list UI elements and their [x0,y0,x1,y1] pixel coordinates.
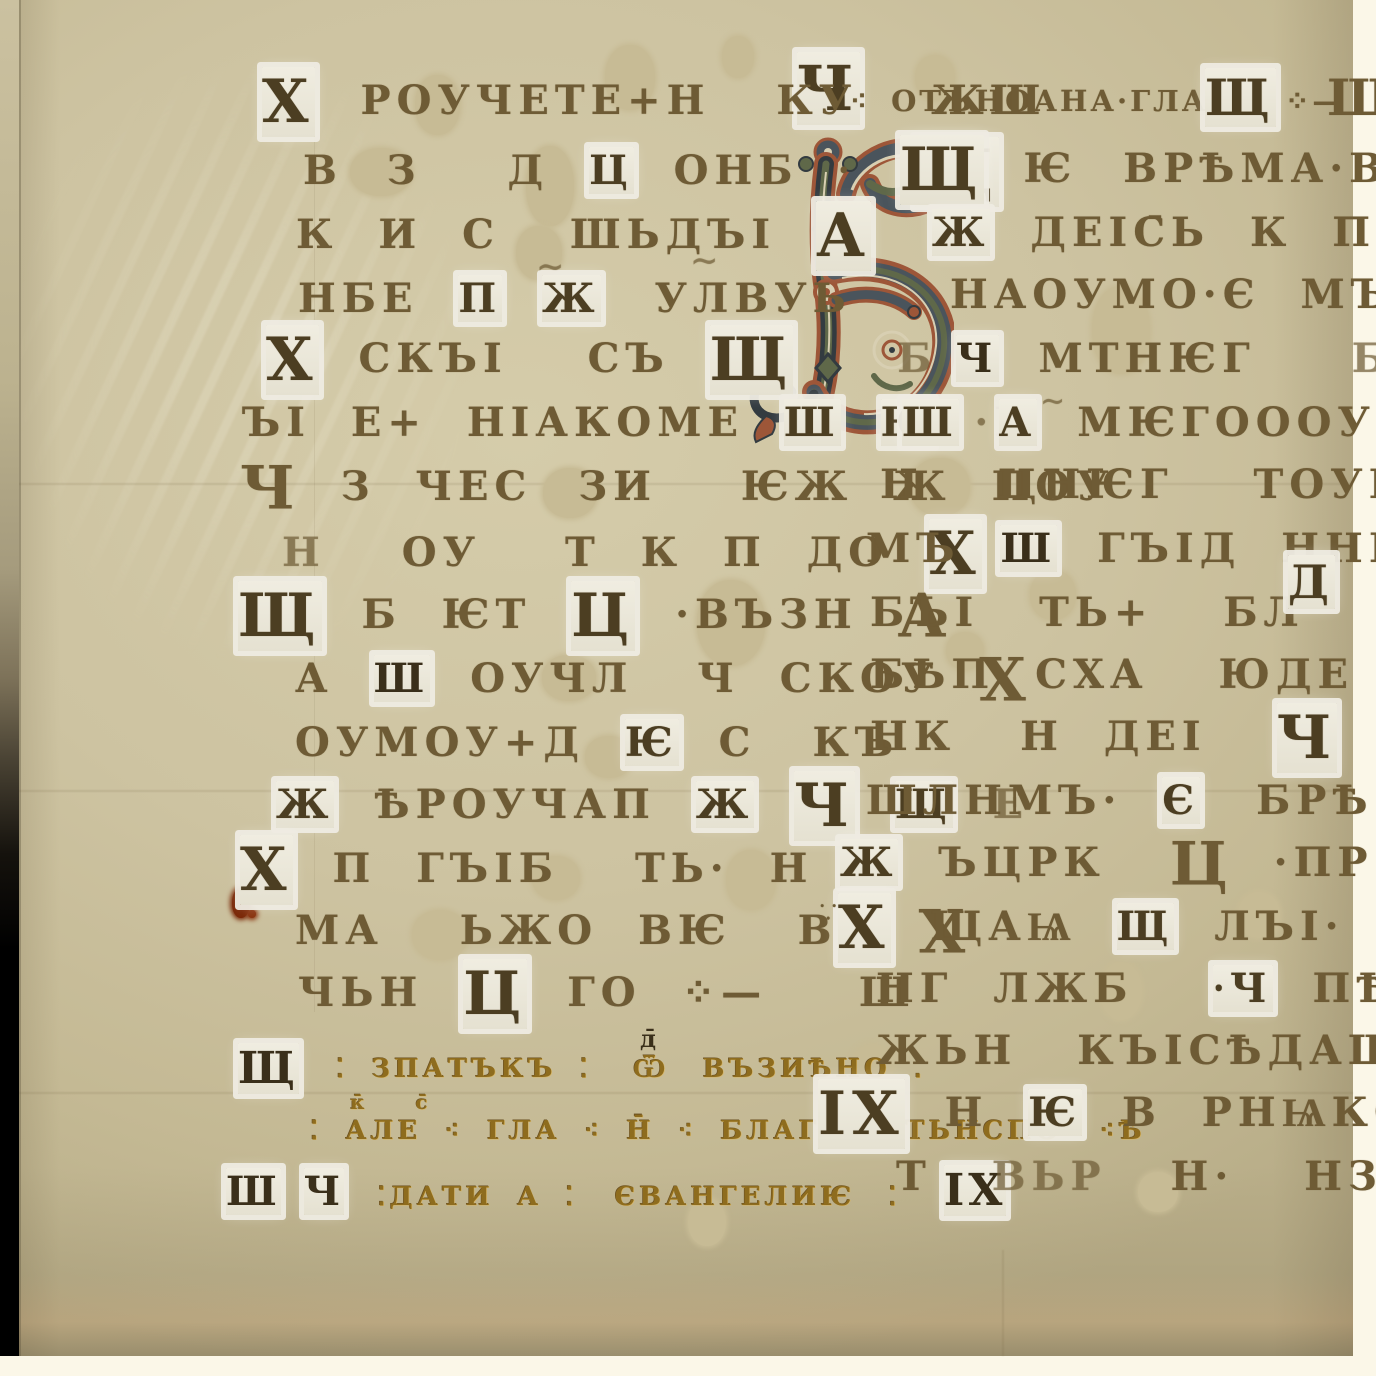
text-line: Х ЩАѨ Щ ЛЪІ· ОВЬЦА [838,906,1376,948]
text-segment: НЗГЪ [1304,1153,1376,1200]
text-segment: А [999,399,1038,446]
gap [641,311,655,312]
header-margin-letters: Щ Ш [1205,72,1376,125]
text-segment: д̄ [640,1024,662,1053]
text-segment: ЬЖО [460,907,598,954]
text-segment: ⁚ДАТИ [377,1182,493,1212]
gap [807,1005,859,1006]
text-segment: ЮДЕ [1219,651,1355,698]
text-line: ЧЬН Ц ГО ⁘— Ш [298,972,916,1014]
text-segment: Ж [696,781,754,828]
text-segment: СЪ [588,335,670,382]
text-segment: Ц [1170,829,1234,899]
text-segment: П [333,845,377,892]
gap [1214,497,1254,498]
text-segment: СКЪІ [359,335,508,382]
superscript-letter: д̄ [640,1026,662,1051]
gap [1193,625,1223,626]
text-segment: Є [1162,777,1200,824]
gap [964,497,998,498]
text-segment: ЦНѤГ [998,461,1174,508]
text-segment: А [816,201,871,271]
text-segment: КУ [776,77,857,124]
text-line: Ж ДЕІС̄Ь К ПЕР [932,212,1376,254]
text-segment: ГЛА [487,1116,561,1146]
gap [424,943,460,944]
text-segment: МѤГОООУЧ [1077,399,1376,446]
text-segment: ⸱ [838,147,855,194]
text-segment: ЪІ [242,399,311,446]
text-segment: ∼ [536,247,571,287]
text-segment: Ш [374,655,431,702]
text-segment: Б [362,591,402,638]
text-segment: ШЛНМЪ· [866,777,1122,824]
gap [673,691,697,692]
text-segment: Ц [589,147,634,194]
text-segment: З [341,463,376,510]
gap [750,113,776,114]
text-segment: Д [508,147,550,194]
text-segment: ТОУНЕ [1254,461,1376,508]
breath-mark: ∼ [536,250,571,286]
text-segment: БЪІ [870,589,979,636]
text-line: НБЕ П Ж УЛВУЬ [298,278,852,320]
text-segment: ѤТ [442,591,532,638]
text-segment: Ш [902,399,959,446]
gap [1240,813,1256,814]
text-segment: П [458,275,502,322]
text-segment: Х [240,835,293,905]
text-segment: Ч [240,453,301,523]
text-segment: Щ [238,1043,299,1094]
gap [1345,625,1376,626]
text-segment: Ѿ [633,1054,670,1084]
gap [772,943,798,944]
text-segment: ⁚ [565,1182,577,1212]
gap [322,1076,336,1077]
text-line: Ч МТНѤГ БР [956,338,1376,380]
text-segment: Щ [1117,903,1175,950]
text-segment: ЪЦРК [938,839,1105,886]
text-line: БѢП СХА ЮДЕ Ш КЕ [870,654,1376,696]
text-segment: Х [262,67,315,137]
text-line: Х РОУЧЕТЕ+Н КУ ЖШ [262,80,1046,122]
gap [1296,371,1352,372]
margin-dots: ⸪ [820,902,842,923]
text-segment: НК [870,713,956,760]
text-segment: УЛВУЬ [655,275,852,322]
gap [366,565,402,566]
text-segment: ОУ [402,529,481,576]
text-segment: Е+ [351,399,427,446]
text-line: ОУМОУ+Д Ѥ С КЪ [295,722,899,764]
gap [996,749,1020,750]
text-segment: МА [295,907,384,954]
text-segment: Т [565,529,601,576]
text-segment: ВЬР [992,1153,1107,1200]
gap [697,499,741,500]
titlo-letters: к̄ с̄ [350,1092,432,1113]
text-segment: к̄ [350,1090,368,1114]
gap [796,755,812,756]
margin-letter: Д [1288,558,1335,606]
text-segment: БѢП [870,651,995,698]
text-segment: ГЪІБ [416,845,559,892]
gap [462,183,508,184]
breath-mark: ∼ [690,244,725,280]
text-segment: ѤЖ [741,463,853,510]
text-segment: ⸪ [820,900,842,924]
text-segment: ЗИ [578,463,657,510]
text-segment: А [517,1182,542,1212]
text-segment: ОУМОУ+Д [295,719,585,766]
text-segment: ОУЧЛ [470,655,633,702]
gap [1189,687,1219,688]
text-segment: ЖЬН [876,1027,1017,1074]
text-line: Щ Б ѤТ Ц ·ВЪЗН А [238,594,953,636]
text-segment: ІХ [818,1079,905,1149]
text-line: Х П ГЪІБ ТЬ· Н [240,848,813,890]
text-line: НАОУМО·Є МЪ Ч [950,274,1376,316]
gap [924,1204,944,1205]
text-segment: Ѥ [625,719,679,766]
text-line: В З Д Ц ОНБ ⸱ Щ [303,150,999,192]
text-segment: Х [838,893,891,963]
text-line: Ш А МѤГОООУЧ Ж [902,402,1376,444]
text-segment: С [462,211,500,258]
text-segment: ПЕР [1332,209,1376,256]
text-segment: НІАКОМЕ [467,399,744,446]
text-segment: Ж [276,781,334,828]
gap [1086,1138,1100,1139]
text-segment: ⁖ [584,1116,603,1146]
text-segment: ЗПАТЪКЪ [371,1054,556,1084]
text-segment: ⁚ [336,1054,348,1084]
text-segment: Н̄ [626,1116,655,1146]
text-segment: ЖШ [931,77,1046,124]
gap [615,1076,633,1077]
text-segment: ⁖ [678,1116,697,1146]
gap [897,113,931,114]
gap [367,1204,377,1205]
text-segment: ЄВАНГЕЛИѤ [615,1182,856,1212]
text-line: ЖЬН КЪІСѢДАША+ [876,1030,1376,1072]
gap [548,371,588,372]
text-segment: ЧЕС [416,463,533,510]
text-segment: ⁚ [310,1116,322,1146]
text-segment: БРѢ [1256,777,1373,824]
text-segment: с̄ [415,1090,431,1114]
text-line: ІХ Н Ѥ В РНѨКОБНЧ Ж [818,1092,1376,1134]
text-segment: Ч [794,771,855,841]
text-segment: ГО [567,969,641,1016]
text-segment: Ж [840,839,898,886]
binding-gutter [0,0,19,1356]
text-segment: Ш [1000,525,1057,572]
breath-mark: ∼ [1040,386,1071,418]
text-layer: Ч ⁖ ОТЪНОАНА·ГЛА·К̄· ⁘— Щ Ш Х РОУЧЕТЕ+Н … [0,0,1376,1376]
text-segment: Ѥ [1024,145,1078,192]
gap [1173,1001,1213,1002]
text-segment: Ч [304,1168,345,1215]
text-segment: Ч [956,335,999,382]
gap [692,1076,702,1077]
text-segment: Д [1288,555,1335,609]
text-segment: К [296,211,338,258]
text-line: ШЛНМЪ· Є БРѢ [866,780,1374,822]
text-segment: Б [897,335,937,382]
text-segment: ТЬ· [635,845,730,892]
text-segment: К [641,529,683,576]
text-segment: ДЕІС̄Ь [1030,209,1210,256]
text-segment: А [295,655,334,702]
text-segment: ѢРОУЧАП [374,781,655,828]
text-segment: ВѤ [638,907,732,954]
gap [1146,875,1170,876]
text-segment: ПѢНА [1313,965,1376,1012]
text-segment: Х [266,325,319,395]
text-segment: ВРѢМА·ВЪІ [1123,145,1376,192]
text-segment: ОНБ [674,147,799,194]
text-segment: ·ПР [1274,839,1374,886]
gap [599,881,635,882]
text-segment: Ч [697,655,740,702]
text-segment: В [1122,1089,1162,1136]
gap [1247,749,1277,750]
gap [1057,1063,1077,1064]
text-segment: КЪІСѢДАША+ [1077,1027,1376,1074]
text-segment: Т [896,1153,932,1200]
text-segment: Щ [1205,68,1276,127]
text-segment: РНѨКОБНЧ [1202,1089,1376,1136]
gap [389,1108,415,1109]
text-segment: ЛЖБ [993,965,1133,1012]
text-segment: В [303,147,343,194]
text-segment: Ц [463,959,527,1029]
text-line: К И С ШЬДЪІ А [296,214,871,256]
text-segment: Н [1020,713,1064,760]
text-segment: РОУЧЕТЕ+Н [361,77,711,124]
text-segment: ЧЬН [298,969,423,1016]
text-segment: Н· [1171,1153,1235,1200]
text-segment: И [378,211,422,258]
text-segment: Ѥ [1028,1089,1082,1136]
text-segment: МЪ [866,525,961,572]
text-segment: Ц [571,581,635,651]
text-segment: ⁖ [444,1116,463,1146]
text-line: Щ Ѥ ВРѢМА·ВЪІ Х [900,148,1376,190]
text-segment: ДЕІ [1104,713,1207,760]
text-segment: Ш [226,1168,281,1215]
text-segment: МЪ [1300,271,1376,318]
text-segment: Ч [1277,703,1338,773]
text-line: Х СКЪІ СЪ Щ Б [266,338,937,380]
page-edge-line [19,0,21,1356]
gap [521,565,565,566]
text-segment: ЩАѨ [931,903,1077,950]
text-line: НК Н ДЕІ Ч Н РОУ [870,716,1376,758]
text-segment: ГЪІД [1097,525,1241,572]
gap [1019,625,1039,626]
text-segment: НБЕ [298,275,418,322]
text-segment: ⁘— [682,969,768,1016]
manuscript-photo: В [0,0,1376,1376]
text-segment: БР [1352,335,1376,382]
text-segment: ·ВЪЗН [675,591,858,638]
text-segment: ЛЪІ· [1214,903,1344,950]
gap [833,371,897,372]
rubric-line: Ш Ч ⁚ДАТИ А ⁚ ЄВАНГЕЛИѤ ⁚ ІХ [226,1168,1006,1214]
text-segment: АЛЕ [345,1116,421,1146]
text-segment: ТЬ+ [1039,589,1153,636]
text-segment: Ж [932,209,990,256]
gap [1274,1189,1304,1190]
text-segment: ⁚ [580,1054,592,1084]
gap [601,1204,615,1205]
text-segment: Н [945,1089,989,1136]
text-line: Н ЦНѤГ ТОУНЕ Щ [880,464,1376,506]
text-segment: НГ [876,965,953,1012]
text-segment: МТНѤГ [1038,335,1255,382]
text-segment: К [1250,209,1292,256]
text-segment: С [719,719,757,766]
text-segment: ∼ [1040,384,1071,419]
text-segment: Щ [710,325,794,395]
text-segment: ШЬДЪІ [570,211,776,258]
gap [1319,114,1327,115]
text-line: Т ВЬР Н· НЗГЪ Щ [896,1156,1376,1198]
text-segment: Щ [238,581,322,651]
text-segment: СХА [1035,651,1148,698]
gap [878,1204,888,1205]
text-segment: З [387,147,422,194]
text-line: Ж ЪЦРК Ц ·ПР Д ІЖ [840,842,1376,884]
text-segment: ⸱Ч [1213,965,1272,1012]
text-segment: Н [282,529,326,576]
gap [972,1189,992,1190]
text-segment: Щ [900,135,984,205]
text-segment: Ш [784,399,841,446]
text-segment: Ш [1327,68,1376,127]
text-segment: Н [770,845,814,892]
text-segment: ∼ [690,241,725,281]
text-segment: НАОУМО·Є [950,271,1261,318]
text-line: НГ ЛЖБ ⸱Ч ПѢНА Ш [876,968,1376,1010]
text-segment: Н [880,461,924,508]
text-segment: П [723,529,767,576]
gap [1147,1189,1171,1190]
